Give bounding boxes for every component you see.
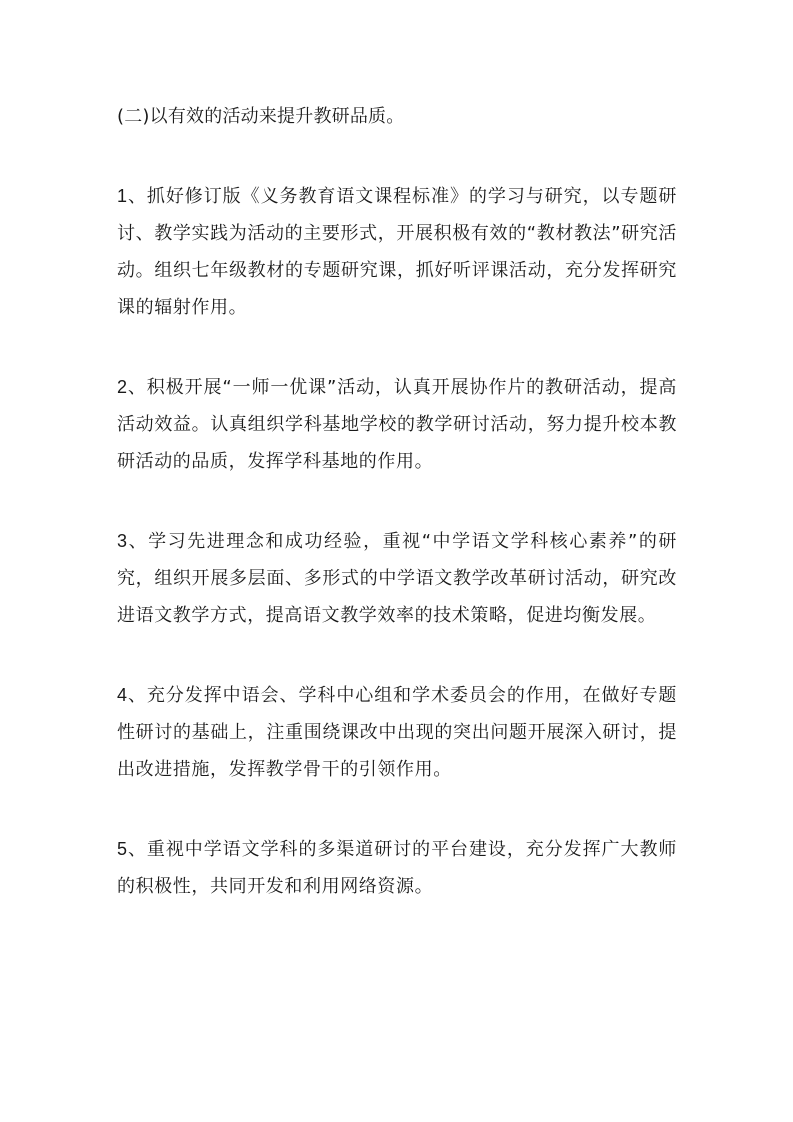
item-number: 4 bbox=[117, 685, 128, 705]
list-item: 1、抓好修订版《义务教育语文课程标准》的学习与研究，以专题研讨、教学实践为活动的… bbox=[117, 178, 677, 326]
item-text: 、抓好修订版《义务教育语文课程标准》的学习与研究，以专题研讨、教学实践为活动的主… bbox=[117, 186, 677, 318]
list-item: 4、充分发挥中语会、学科中心组和学术委员会的作用，在做好专题性研讨的基础上，注重… bbox=[117, 677, 677, 788]
item-text: 、重视中学语文学科的多渠道研讨的平台建设，充分发挥广大教师的积极性，共同开发和利… bbox=[117, 839, 677, 897]
item-number: 3 bbox=[117, 531, 128, 551]
item-text: 、学习先进理念和成功经验，重视“中学语文学科核心素养”的研究，组织开展多层面、多… bbox=[117, 531, 677, 626]
item-number: 1 bbox=[117, 186, 128, 206]
item-text: 、积极开展“一师一优课”活动，认真开展协作片的教研活动，提高活动效益。认真组织学… bbox=[117, 377, 677, 472]
item-text: 、充分发挥中语会、学科中心组和学术委员会的作用，在做好专题性研讨的基础上，注重围… bbox=[117, 685, 677, 780]
list-item: 3、学习先进理念和成功经验，重视“中学语文学科核心素养”的研究，组织开展多层面、… bbox=[117, 523, 677, 634]
item-number: 5 bbox=[117, 839, 128, 859]
document-page: (二)以有效的活动来提升教研品质。 1、抓好修订版《义务教育语文课程标准》的学习… bbox=[117, 98, 677, 948]
item-number: 2 bbox=[117, 377, 128, 397]
section-heading: (二)以有效的活动来提升教研品质。 bbox=[117, 98, 677, 135]
list-item: 2、积极开展“一师一优课”活动，认真开展协作片的教研活动，提高活动效益。认真组织… bbox=[117, 369, 677, 480]
list-item: 5、重视中学语文学科的多渠道研讨的平台建设，充分发挥广大教师的积极性，共同开发和… bbox=[117, 831, 677, 905]
